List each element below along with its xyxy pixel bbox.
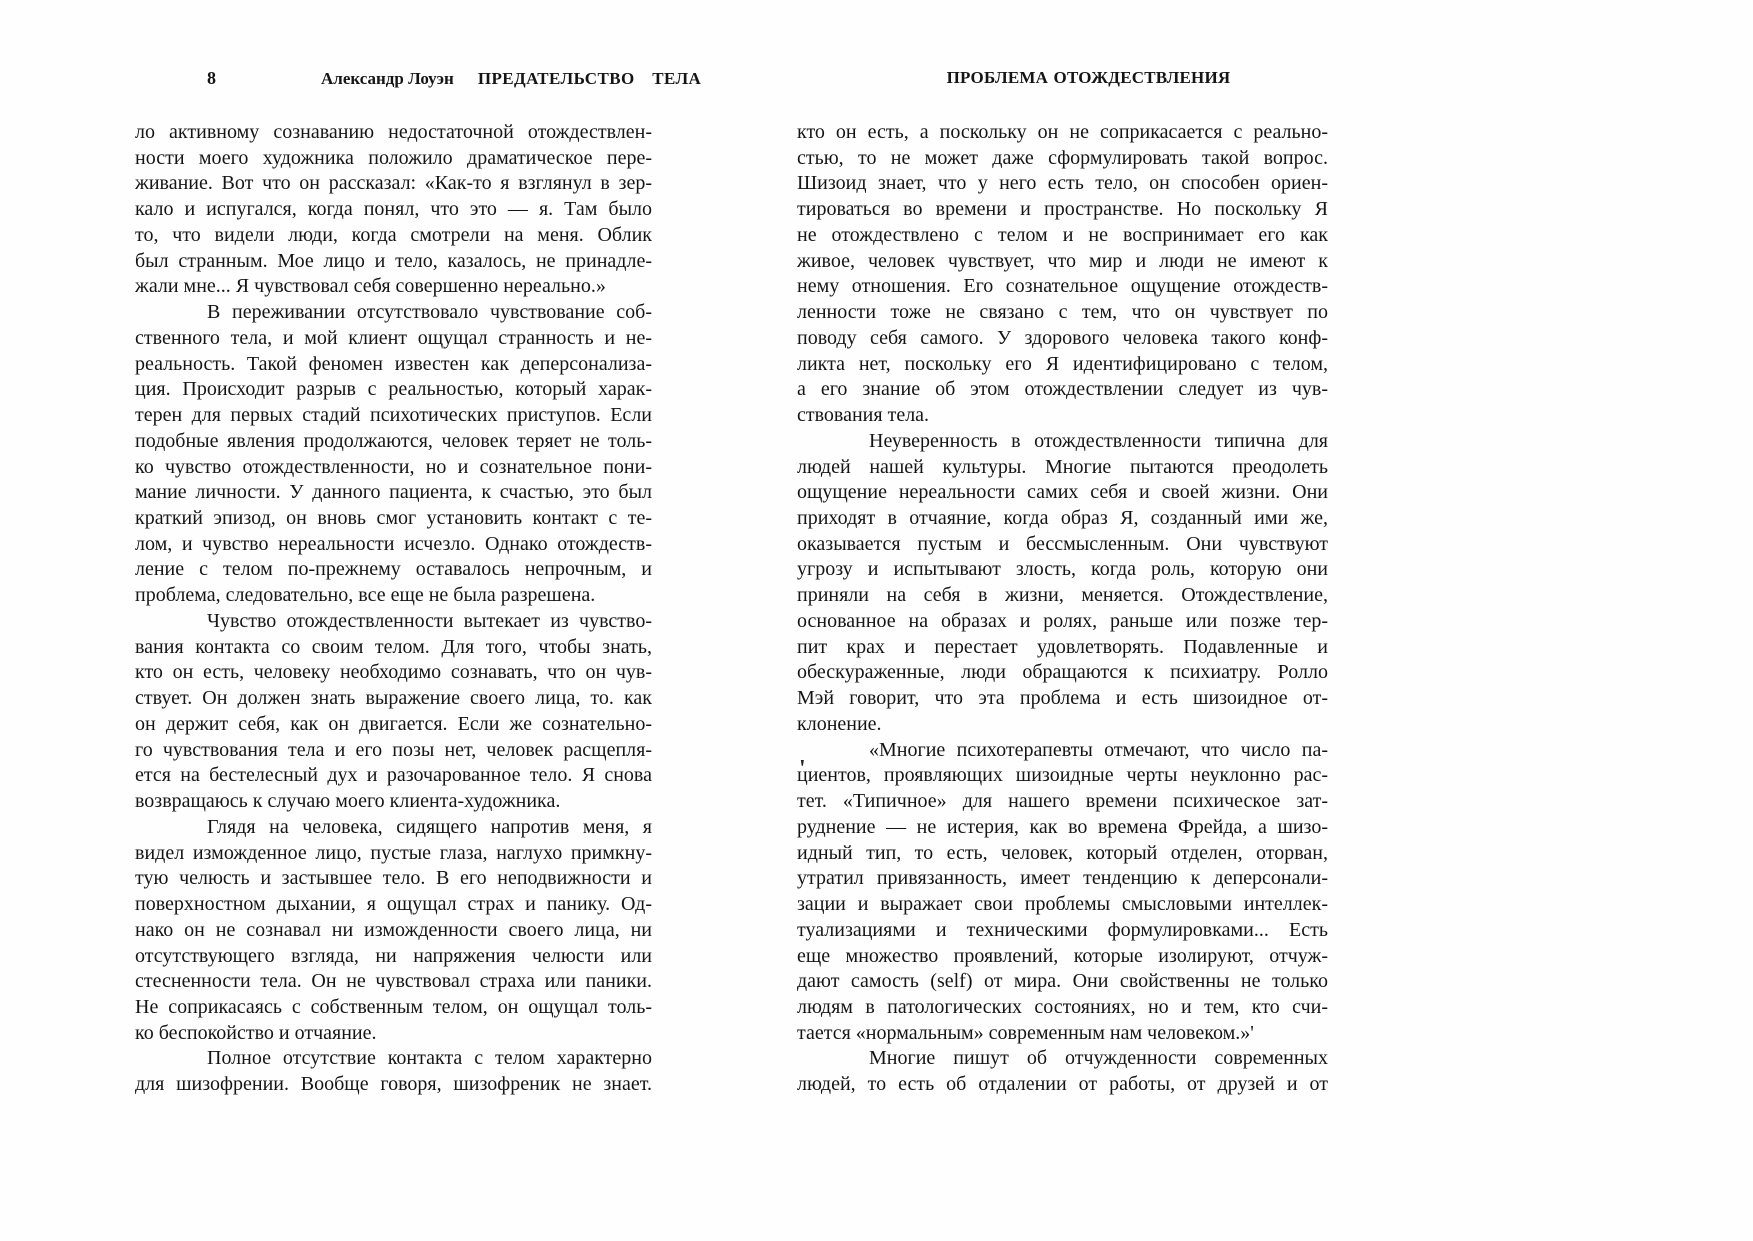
book-spread: 8 Александр ЛоуэнПРЕДАТЕЛЬСТВО ТЕЛА ПРОБ… <box>0 0 1753 1241</box>
text-line: Не соприкасаясь с собственным телом, он … <box>135 995 652 1021</box>
text-line: пит крах и перестает удовлетворять. Пода… <box>797 635 1328 661</box>
text-line: людям в патологических состояниях, но и … <box>797 995 1328 1021</box>
paragraph-continuation: кто он есть, а поскольку он не соприкаса… <box>797 120 1328 429</box>
paragraph: Многие пишут об отчужденности современны… <box>797 1046 1328 1097</box>
text-line: ется на бестелесный дух и разочарованное… <box>135 763 652 789</box>
text-line: приходят в отчаяние, когда образ Я, созд… <box>797 506 1328 532</box>
text-line: Глядя на человека, сидящего напротив мен… <box>135 815 652 841</box>
text-line: ности моего художника положило драматиче… <box>135 146 652 172</box>
text-line: клонение. <box>797 712 1328 738</box>
text-line: нему отношения. Его сознательное ощущени… <box>797 274 1328 300</box>
text-line: стью, то не может даже сформулировать та… <box>797 146 1328 172</box>
text-line: поводу себя самого. У здорового человека… <box>797 326 1328 352</box>
text-line: терен для первых стадий психотических пр… <box>135 403 652 429</box>
text-line: отсутствующего взгляда, ни напряжения че… <box>135 944 652 970</box>
text-line: кало и испугался, когда понял, что это —… <box>135 197 652 223</box>
text-line: угрозу и испытывают злость, когда роль, … <box>797 557 1328 583</box>
text-line: тет. «Типичное» для нашего времени психи… <box>797 789 1328 815</box>
text-line: живание. Вот что он рассказал: «Как-то я… <box>135 171 652 197</box>
text-line: мание личности. У данного пациента, к сч… <box>135 480 652 506</box>
text-line: вания контакта со своим телом. Для того,… <box>135 635 652 661</box>
text-line: поверхностном дыхании, я ощущал страх и … <box>135 892 652 918</box>
text-line: был странным. Мое лицо и тело, казалось,… <box>135 249 652 275</box>
text-line: реальность. Такой феномен известен как д… <box>135 352 652 378</box>
text-line: видел изможденное лицо, пустые глаза, на… <box>135 841 652 867</box>
text-line: возвращаюсь к случаю моего клиента-худож… <box>135 789 652 815</box>
text-line: го чувствования тела и его позы нет, чел… <box>135 738 652 764</box>
text-line: ленности тоже не связано с тем, что он ч… <box>797 300 1328 326</box>
paragraph: «Многие психотерапевты отмечают, что чис… <box>797 738 1328 1047</box>
text-line: кто он есть, а поскольку он не соприкаса… <box>797 120 1328 146</box>
book-title: ПРЕДАТЕЛЬСТВО ТЕЛА <box>478 69 701 88</box>
text-line: он держит себя, как он двигается. Если ж… <box>135 712 652 738</box>
text-line: Многие пишут об отчужденности современны… <box>797 1046 1328 1072</box>
text-line: тается «нормальным» современным нам чело… <box>797 1021 1328 1047</box>
text-line: утратил привязанность, имеет тенденцию к… <box>797 866 1328 892</box>
text-line: основанное на образах и ролях, раньше ил… <box>797 609 1328 635</box>
text-line: тую челюсть и застывшее тело. В его непо… <box>135 866 652 892</box>
author-name: Александр Лоуэн <box>321 69 454 88</box>
text-line: оказывается пустым и бессмысленным. Они … <box>797 532 1328 558</box>
text-line: живое, человек чувствует, что мир и люди… <box>797 249 1328 275</box>
text-line: проблема, следовательно, все еще не была… <box>135 583 652 609</box>
text-line: Чувство отождествленности вытекает из чу… <box>135 609 652 635</box>
text-line: дают самость (self) от мира. Они свойств… <box>797 969 1328 995</box>
paragraph: Полное отсутствие контакта с телом харак… <box>135 1046 652 1097</box>
text-line: нако он не сознавал ни изможденности сво… <box>135 918 652 944</box>
text-line: ствует. Он должен знать выражение своего… <box>135 686 652 712</box>
text-line: ло активному сознаванию недостаточной от… <box>135 120 652 146</box>
text-line: то, что видели люди, когда смотрели на м… <box>135 223 652 249</box>
text-line: ликта нет, поскольку его Я идентифициров… <box>797 352 1328 378</box>
text-line: Полное отсутствие контакта с телом харак… <box>135 1046 652 1072</box>
text-line: стесненности тела. Он не чувствовал стра… <box>135 969 652 995</box>
text-line: ствования тела. <box>797 403 1328 429</box>
left-text-column: ло активному сознаванию недостаточной от… <box>135 120 652 1098</box>
paragraph: В переживании отсутствовало чувствование… <box>135 300 652 609</box>
paragraph: Глядя на человека, сидящего напротив мен… <box>135 815 652 1047</box>
paragraph-continuation: ло активному сознаванию недостаточной от… <box>135 120 652 300</box>
paragraph: Неуверенность в отождествленности типичн… <box>797 429 1328 738</box>
right-text-column: кто он есть, а поскольку он не соприкаса… <box>797 120 1328 1098</box>
text-line: тироваться во времени и пространстве. Но… <box>797 197 1328 223</box>
text-line: идный тип, то есть, человек, который отд… <box>797 841 1328 867</box>
text-line: подобные явления продолжаются, человек т… <box>135 429 652 455</box>
text-line: людей нашей культуры. Многие пытаются пр… <box>797 455 1328 481</box>
text-line: ощущение нереальности самих себя и своей… <box>797 480 1328 506</box>
text-line: еще множество проявлений, которые изолир… <box>797 944 1328 970</box>
text-line: для шизофрении. Вообще говоря, шизофрени… <box>135 1072 652 1098</box>
text-line: обескураженные, люди обращаются к психиа… <box>797 660 1328 686</box>
text-line: ко чувство отождествленности, но и созна… <box>135 455 652 481</box>
running-head-left: Александр ЛоуэнПРЕДАТЕЛЬСТВО ТЕЛА <box>321 69 701 89</box>
text-line: В переживании отсутствовало чувствование… <box>135 300 652 326</box>
right-page-header: ПРОБЛЕМА ОТОЖДЕСТВЛЕНИЯ <box>797 68 1328 92</box>
text-line: ственного тела, и мой клиент ощущал стра… <box>135 326 652 352</box>
text-line: Неуверенность в отождествленности типичн… <box>797 429 1328 455</box>
text-line: краткий эпизод, он вновь смог установить… <box>135 506 652 532</box>
text-line: ция. Происходит разрыв с реальностью, ко… <box>135 377 652 403</box>
text-line: «Многие психотерапевты отмечают, что чис… <box>797 738 1328 764</box>
text-line: циентов, проявляющих шизоидные черты неу… <box>797 763 1328 789</box>
text-line: ление с телом по-прежнему оставалось неп… <box>135 557 652 583</box>
text-line: людей, то есть об отдалении от работы, о… <box>797 1072 1328 1098</box>
left-page-header: 8 Александр ЛоуэнПРЕДАТЕЛЬСТВО ТЕЛА <box>135 68 652 92</box>
text-line: ко беспокойство и отчаяние. <box>135 1021 652 1047</box>
text-line: лом, и чувство нереальности исчезло. Одн… <box>135 532 652 558</box>
page-number: 8 <box>207 68 216 89</box>
text-line: Мэй говорит, что эта проблема и есть шиз… <box>797 686 1328 712</box>
paragraph: Чувство отождествленности вытекает из чу… <box>135 609 652 815</box>
text-line: кто он есть, человеку необходимо сознава… <box>135 660 652 686</box>
text-line: туализациями и техническими формулировка… <box>797 918 1328 944</box>
text-line: руднение — не истерия, как во времена Фр… <box>797 815 1328 841</box>
text-line: приняли на себя в жизни, меняется. Отожд… <box>797 583 1328 609</box>
chapter-title: ПРОБЛЕМА ОТОЖДЕСТВЛЕНИЯ <box>947 68 1231 88</box>
text-line: а его знание об этом отождествлении след… <box>797 377 1328 403</box>
text-line: зации и выражает свои проблемы смысловым… <box>797 892 1328 918</box>
text-line: не отождествлено с телом и не воспринима… <box>797 223 1328 249</box>
text-line: жали мне... Я чувствовал себя совершенно… <box>135 274 652 300</box>
margin-stray-mark: ' <box>799 756 806 783</box>
text-line: Шизоид знает, что у него есть тело, он с… <box>797 171 1328 197</box>
